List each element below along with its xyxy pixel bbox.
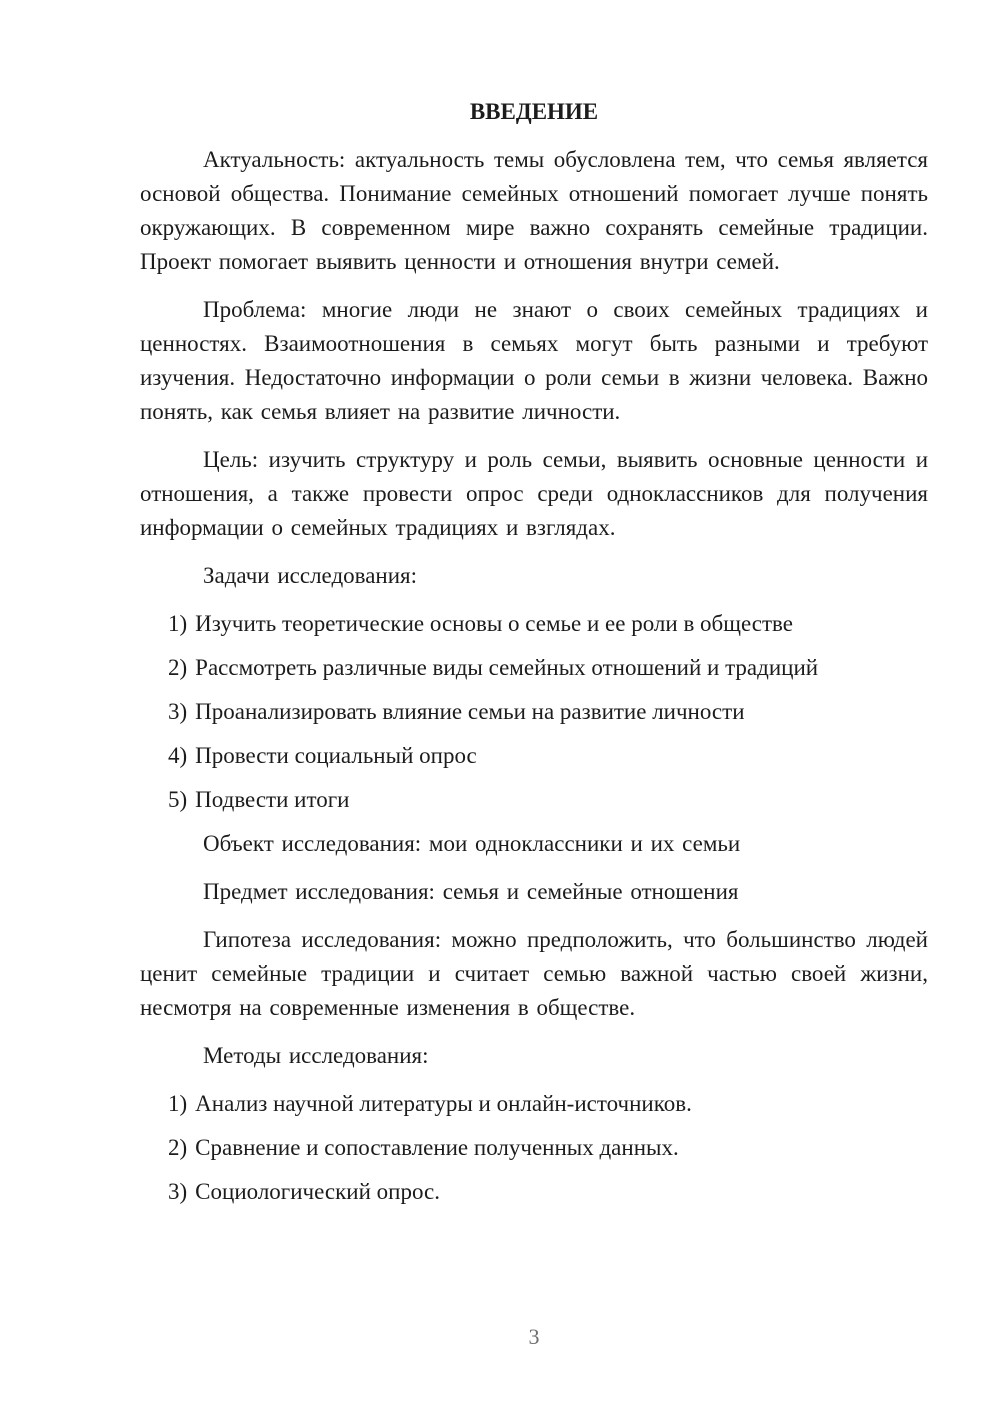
task-number: 2) <box>168 655 187 680</box>
task-text: Изучить теоретические основы о семье и е… <box>195 611 793 636</box>
paragraph-predmet: Предмет исследования: семья и семейные о… <box>140 875 928 909</box>
method-text: Анализ научной литературы и онлайн-источ… <box>195 1091 692 1116</box>
task-item: 4)Провести социальный опрос <box>168 739 928 773</box>
task-text: Провести социальный опрос <box>195 743 477 768</box>
method-number: 2) <box>168 1135 187 1160</box>
method-number: 1) <box>168 1091 187 1116</box>
heading-metody: Методы исследования: <box>140 1039 928 1073</box>
paragraph-obekt: Объект исследования: мои одноклассники и… <box>140 827 928 861</box>
document-page: ВВЕДЕНИЕ Актуальность: актуальность темы… <box>0 0 1000 1414</box>
method-text: Сравнение и сопоставление полученных дан… <box>195 1135 679 1160</box>
paragraph-tsel: Цель: изучить структуру и роль семьи, вы… <box>140 443 928 545</box>
method-item: 2)Сравнение и сопоставление полученных д… <box>168 1131 928 1165</box>
method-number: 3) <box>168 1179 187 1204</box>
task-number: 3) <box>168 699 187 724</box>
methods-list: 1)Анализ научной литературы и онлайн-ист… <box>140 1087 928 1209</box>
heading-zadachi: Задачи исследования: <box>140 559 928 593</box>
method-item: 3)Социологический опрос. <box>168 1175 928 1209</box>
page-number: 3 <box>140 1322 928 1352</box>
paragraph-aktualnost: Актуальность: актуальность темы обусловл… <box>140 143 928 279</box>
task-text: Подвести итоги <box>195 787 349 812</box>
tasks-list: 1)Изучить теоретические основы о семье и… <box>140 607 928 817</box>
task-item: 1)Изучить теоретические основы о семье и… <box>168 607 928 641</box>
page-title: ВВЕДЕНИЕ <box>140 95 928 129</box>
method-item: 1)Анализ научной литературы и онлайн-ист… <box>168 1087 928 1121</box>
task-item: 3)Проанализировать влияние семьи на разв… <box>168 695 928 729</box>
task-item: 2)Рассмотреть различные виды семейных от… <box>168 651 928 685</box>
task-number: 4) <box>168 743 187 768</box>
task-number: 5) <box>168 787 187 812</box>
document-body: ВВЕДЕНИЕ Актуальность: актуальность темы… <box>140 95 928 1219</box>
paragraph-problema: Проблема: многие люди не знают о своих с… <box>140 293 928 429</box>
task-number: 1) <box>168 611 187 636</box>
method-text: Социологический опрос. <box>195 1179 440 1204</box>
paragraph-gipoteza: Гипотеза исследования: можно предположит… <box>140 923 928 1025</box>
task-item: 5)Подвести итоги <box>168 783 928 817</box>
task-text: Проанализировать влияние семьи на развит… <box>195 699 744 724</box>
task-text: Рассмотреть различные виды семейных отно… <box>195 655 818 680</box>
